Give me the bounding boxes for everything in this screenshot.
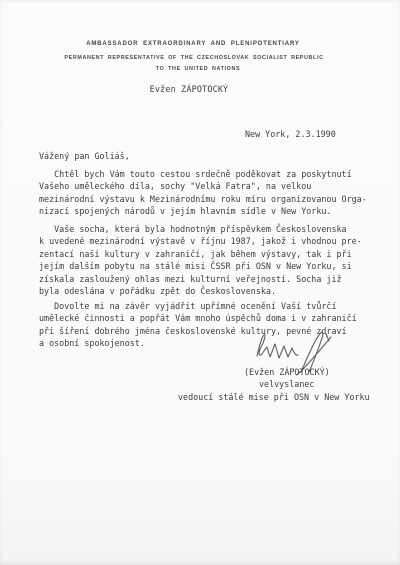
signature-printed-name: (Evžen ZÁPOTOCKÝ) — [244, 366, 330, 378]
body-paragraph-1: Chtěl bych Vám touto cestou srdečně podě… — [39, 168, 367, 218]
letterhead-subtitle-2: TO THE UNITED NATIONS — [0, 66, 396, 72]
letterhead-subtitle-1: PERMANENT REPRESENTATIVE OF THE CZECHOSL… — [0, 55, 388, 61]
letter-page: AMBASSADOR EXTRAORDINARY AND PLENIPOTENT… — [0, 0, 400, 565]
letterhead-sender-name: Evžen ZÁPOTOCKÝ — [0, 83, 378, 95]
salutation: Vážený pan Goliáš, — [39, 150, 130, 162]
signature-subtitle: vedoucí stálé mise při OSN v New Yorku — [178, 391, 370, 403]
dateline: New York, 2.3.1990 — [245, 128, 336, 140]
signature-title: velvyslanec — [259, 378, 314, 390]
letterhead-title: AMBASSADOR EXTRAORDINARY AND PLENIPOTENT… — [0, 41, 386, 47]
body-paragraph-2: Vaše socha, která byla hodnotným příspěv… — [39, 223, 362, 297]
